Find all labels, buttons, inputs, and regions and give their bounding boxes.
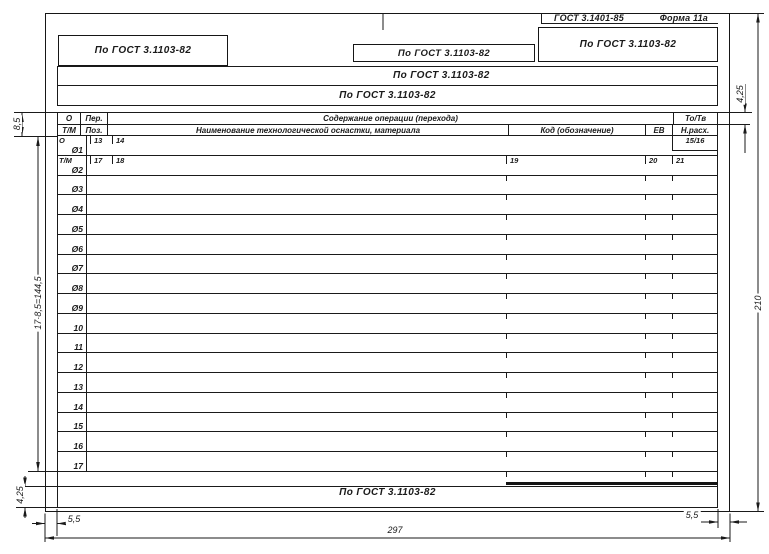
row-content: [87, 353, 717, 372]
row-label-cell: Ø3: [58, 176, 87, 195]
row-number: Ø5: [72, 224, 83, 234]
row-content: 1718192021: [87, 156, 717, 175]
row-content: [87, 235, 717, 254]
row-content: [87, 176, 717, 195]
row-label-cell: 13: [58, 373, 87, 392]
header-unit: ЕВ: [646, 125, 673, 135]
row-label-cell: ОØ1: [58, 136, 87, 155]
row-number: 13: [74, 382, 83, 392]
gost-strip-label: По ГОСТ 3.1103-82: [393, 70, 490, 81]
row-label-cell: 17: [58, 452, 87, 471]
dim-footer-height: 4,25: [15, 484, 25, 506]
table-header: О Пер. Содержание операции (перехода) То…: [57, 112, 718, 136]
gost-form-sheet: ГОСТ 3.1401-85 Форма 11а По ГОСТ 3.1103-…: [0, 0, 769, 554]
header-code: Код (обозначение): [509, 125, 646, 135]
gost-box-top-center: По ГОСТ 3.1103-82: [353, 44, 535, 62]
row-number: Ø3: [72, 184, 83, 194]
row-type: О: [59, 136, 65, 145]
data-rows: ОØ1131415/16Т/МØ21718192021Ø3Ø4Ø5Ø6Ø7Ø8Ø…: [57, 136, 718, 472]
header-norm: Н.расх.: [673, 125, 717, 135]
table-row: 10: [58, 314, 717, 334]
table-row: Ø5: [58, 215, 717, 235]
row-label-cell: 12: [58, 353, 87, 372]
time-cell: 15/16: [672, 136, 717, 151]
graph-ref: 21: [672, 156, 684, 164]
graph-ref: 13: [90, 136, 102, 144]
row-content: [87, 215, 717, 234]
table-row: Ø8: [58, 274, 717, 294]
row-label-cell: Ø4: [58, 195, 87, 214]
standard-number: ГОСТ 3.1401-85: [554, 13, 624, 23]
row-number: Ø8: [72, 283, 83, 293]
gost-strip-label: По ГОСТ 3.1103-82: [339, 90, 436, 101]
thick-line-segment: [506, 482, 718, 485]
row-content: [87, 452, 717, 471]
table-row: 16: [58, 432, 717, 452]
row-type: Т/М: [59, 156, 72, 165]
dim-total-width: 297: [385, 525, 404, 535]
row-label-cell: 11: [58, 334, 87, 353]
row-label-cell: 14: [58, 393, 87, 412]
table-row: Ø6: [58, 235, 717, 255]
row-content: [87, 432, 717, 451]
row-label-cell: 15: [58, 413, 87, 432]
table-row: 14: [58, 393, 717, 413]
gost-strip-2: По ГОСТ 3.1103-82: [57, 85, 718, 106]
row-content: [87, 314, 717, 333]
table-row: 13: [58, 373, 717, 393]
dim-rows-height: 17·8,5=144,5: [33, 274, 43, 331]
row-label-cell: Ø9: [58, 294, 87, 313]
row-number: 15: [74, 421, 83, 431]
row-number: 10: [74, 323, 83, 333]
table-row: 17: [58, 452, 717, 472]
gost-box-label: По ГОСТ 3.1103-82: [95, 45, 192, 56]
row-number: Ø6: [72, 244, 83, 254]
dim-header-height: 8,5: [12, 116, 22, 133]
row-content: [87, 195, 717, 214]
table-row: Ø3: [58, 176, 717, 196]
graph-ref: 14: [112, 136, 124, 144]
gost-box-label: По ГОСТ 3.1103-82: [398, 48, 490, 59]
row-label-cell: Ø7: [58, 255, 87, 274]
table-row: Т/МØ21718192021: [58, 156, 717, 176]
form-number: Форма 11а: [660, 13, 708, 23]
row-label-cell: 10: [58, 314, 87, 333]
row-number: Ø1: [72, 145, 83, 155]
row-number: Ø9: [72, 303, 83, 313]
table-row: Ø4: [58, 195, 717, 215]
header-type-row1: О: [58, 113, 81, 125]
row-label-cell: Ø5: [58, 215, 87, 234]
table-row: Ø9: [58, 294, 717, 314]
dim-total-height: 210: [753, 293, 763, 312]
row-content: [87, 393, 717, 412]
table-row: 11: [58, 334, 717, 354]
table-row: Ø7: [58, 255, 717, 275]
row-number: 17: [74, 461, 83, 471]
row-number: Ø2: [72, 165, 83, 175]
header-type-row2: Т/М: [58, 125, 81, 135]
header-time-row1: То/Тв: [674, 113, 717, 125]
row-content: [87, 413, 717, 432]
row-content: [87, 274, 717, 293]
row-label-cell: Т/МØ2: [58, 156, 87, 175]
gost-box-top-left: По ГОСТ 3.1103-82: [58, 35, 228, 66]
form-title-strip: ГОСТ 3.1401-85 Форма 11а: [541, 13, 718, 24]
header-content-row2: Наименование технологической оснастки, м…: [108, 125, 509, 135]
gost-box-top-right: По ГОСТ 3.1103-82: [538, 27, 718, 62]
dim-margin-left: 5,5: [66, 514, 83, 524]
dim-margin-right: 5,5: [684, 510, 701, 520]
row-content: [87, 373, 717, 392]
gost-footer-strip: По ГОСТ 3.1103-82: [57, 486, 718, 508]
gost-strip-1: По ГОСТ 3.1103-82: [57, 66, 718, 86]
row-content: [87, 255, 717, 274]
row-label-cell: 16: [58, 432, 87, 451]
graph-ref: 20: [645, 156, 657, 164]
header-content-row1: Содержание операции (перехода): [108, 113, 674, 125]
graph-ref: 17: [90, 156, 102, 164]
table-row: ОØ1131415/16: [58, 136, 717, 156]
row-number: Ø4: [72, 204, 83, 214]
graph-ref: 19: [506, 156, 518, 164]
graph-ref: 18: [112, 156, 124, 164]
header-pos-row1: Пер.: [81, 113, 108, 125]
row-number: 14: [74, 402, 83, 412]
row-number: 16: [74, 441, 83, 451]
gost-box-label: По ГОСТ 3.1103-82: [580, 39, 677, 50]
row-content: [87, 294, 717, 313]
table-row: 12: [58, 353, 717, 373]
row-number: 11: [74, 342, 83, 352]
row-content: 131415/16: [87, 136, 717, 155]
row-number: Ø7: [72, 263, 83, 273]
row-label-cell: Ø8: [58, 274, 87, 293]
header-pos-row2: Поз.: [81, 125, 108, 135]
table-row: 15: [58, 413, 717, 433]
row-number: 12: [74, 362, 83, 372]
row-content: [87, 334, 717, 353]
dim-header-row: 4,25: [735, 83, 745, 105]
row-label-cell: Ø6: [58, 235, 87, 254]
